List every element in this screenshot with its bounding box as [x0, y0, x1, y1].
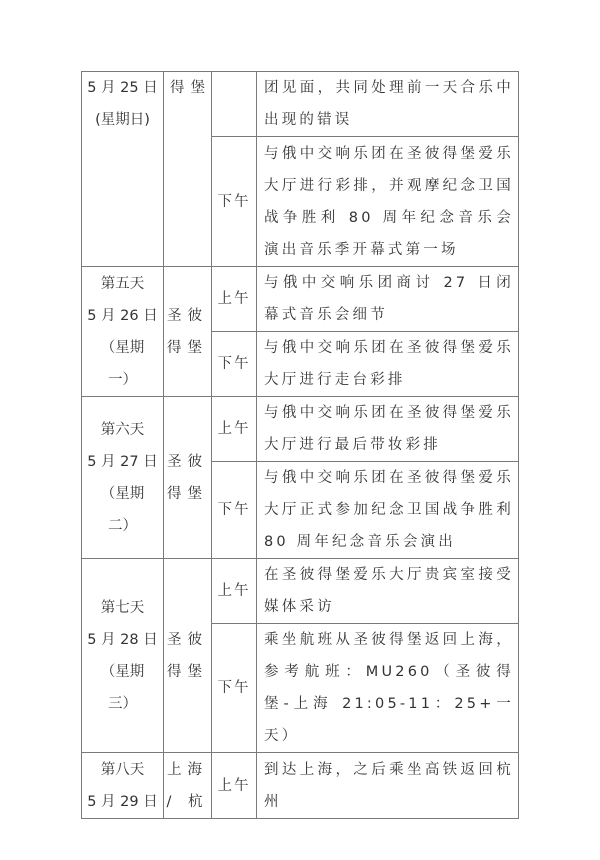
- city-name: / 杭: [164, 786, 211, 818]
- day-weekday: （星期: [82, 332, 163, 364]
- day-weekday: (星期日): [82, 104, 163, 136]
- city-cell: 圣彼 得堡: [164, 559, 212, 753]
- activity-desc: 与俄中交响乐团在圣彼得堡爱乐大厅进行走台彩排: [257, 332, 519, 397]
- table-row: 第六天 5 月 27 日 （星期 二） 圣彼 得堡 上午 与俄中交响乐团在圣彼得…: [82, 397, 519, 462]
- city-cell: 上海 / 杭: [164, 753, 212, 819]
- city-name: 得堡: [170, 80, 211, 96]
- table-row: 第五天 5 月 26 日 （星期 一） 圣彼 得堡 上午 与俄中交响乐团商讨 2…: [82, 267, 519, 332]
- day-date: 5 月 26 日: [82, 300, 163, 332]
- city-name: 得堡: [164, 478, 211, 510]
- day-cell: 第六天 5 月 27 日 （星期 二）: [82, 397, 164, 559]
- time-cell: 上午: [212, 267, 257, 332]
- table-row: 5 月 25 日 (星期日) 得堡 团见面，共同处理前一天合乐中出现的错误: [82, 72, 519, 137]
- time-cell: 上午: [212, 397, 257, 462]
- activity-desc: 与俄中交响乐团在圣彼得堡爱乐大厅进行彩排，并观摩纪念卫国战争胜利 80 周年纪念…: [257, 137, 519, 267]
- day-date: 5 月 28 日: [82, 624, 163, 656]
- itinerary-table: 5 月 25 日 (星期日) 得堡 团见面，共同处理前一天合乐中出现的错误 下午…: [81, 71, 519, 819]
- day-number: 第七天: [82, 592, 163, 624]
- day-date: 5 月 25 日: [82, 72, 163, 104]
- day-weekday-end: 三）: [82, 688, 163, 720]
- time-cell: 下午: [212, 137, 257, 267]
- activity-desc: 与俄中交响乐团在圣彼得堡爱乐大厅正式参加纪念卫国战争胜利 80 周年纪念音乐会演…: [257, 462, 519, 559]
- day-weekday: （星期: [82, 478, 163, 510]
- city-name: 圣彼: [164, 300, 211, 332]
- day-number: 第五天: [82, 268, 163, 300]
- day-weekday: （星期: [82, 656, 163, 688]
- day-date: 5 月 29 日: [82, 786, 163, 818]
- time-cell: 下午: [212, 332, 257, 397]
- day-cell: 第八天 5 月 29 日: [82, 753, 164, 819]
- activity-desc: 在圣彼得堡爱乐大厅贵宾室接受媒体采访: [257, 559, 519, 624]
- day-weekday-end: 二）: [82, 510, 163, 542]
- city-name: 得堡: [164, 332, 211, 364]
- activity-desc: 到达上海，之后乘坐高铁返回杭州: [257, 753, 519, 819]
- time-cell: 下午: [212, 462, 257, 559]
- city-name: 圣彼: [164, 446, 211, 478]
- day-cell: 第五天 5 月 26 日 （星期 一）: [82, 267, 164, 397]
- table-row: 第八天 5 月 29 日 上海 / 杭 上午 到达上海，之后乘坐高铁返回杭州: [82, 753, 519, 819]
- city-name: 得堡: [164, 656, 211, 688]
- day-number: 第六天: [82, 414, 163, 446]
- day-weekday-end: 一）: [82, 364, 163, 396]
- city-name: 上海: [164, 754, 211, 786]
- day-cell: 第七天 5 月 28 日 （星期 三）: [82, 559, 164, 753]
- table-row: 第七天 5 月 28 日 （星期 三） 圣彼 得堡 上午 在圣彼得堡爱乐大厅贵宾…: [82, 559, 519, 624]
- activity-desc: 乘坐航班从圣彼得堡返回上海，参考航班：MU260（圣彼得堡-上海 21:05-1…: [257, 624, 519, 753]
- city-name: 圣彼: [164, 624, 211, 656]
- city-cell: 圣彼 得堡: [164, 397, 212, 559]
- activity-desc: 与俄中交响乐团在圣彼得堡爱乐大厅进行最后带妆彩排: [257, 397, 519, 462]
- activity-desc: 与俄中交响乐团商讨 27 日闭幕式音乐会细节: [257, 267, 519, 332]
- activity-desc: 团见面，共同处理前一天合乐中出现的错误: [257, 72, 519, 137]
- city-cell: 圣彼 得堡: [164, 267, 212, 397]
- day-cell: 5 月 25 日 (星期日): [82, 72, 164, 267]
- time-cell: 下午: [212, 624, 257, 753]
- time-cell: 上午: [212, 559, 257, 624]
- day-number: 第八天: [82, 754, 163, 786]
- day-date: 5 月 27 日: [82, 446, 163, 478]
- city-cell: 得堡: [164, 72, 212, 267]
- time-cell: [212, 72, 257, 137]
- time-cell: 上午: [212, 753, 257, 819]
